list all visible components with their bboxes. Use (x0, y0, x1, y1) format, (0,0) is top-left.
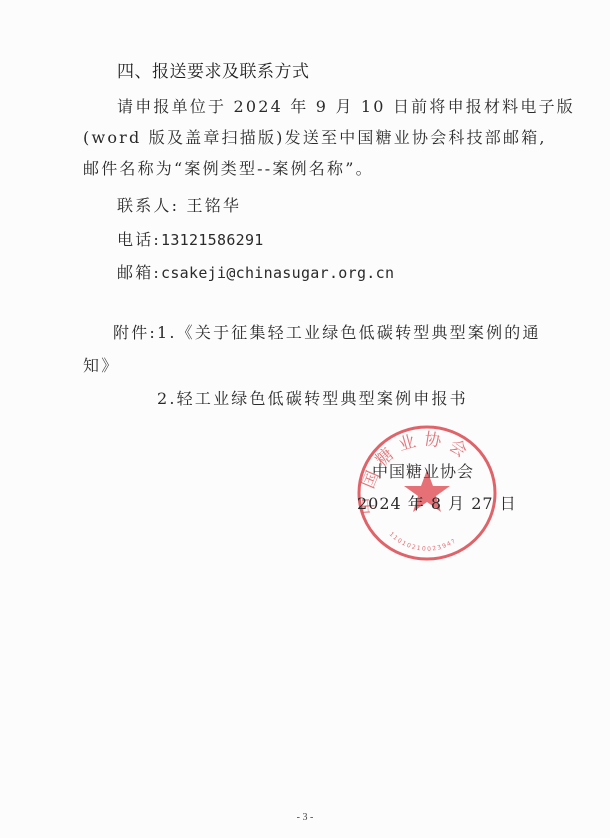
attachment-item-2: 2.轻工业绿色低碳转型典型案例申报书 (157, 389, 468, 409)
attachment-item-1-line-2: 知》 (83, 356, 119, 376)
contact-phone: 电话:13121586291 (117, 230, 264, 250)
attachment-item-1-line-1: 1.《关于征集轻工业绿色低碳转型典型案例的通 (157, 323, 541, 342)
attachments-label: 附件: (113, 323, 157, 342)
document-page: 四、报送要求及联系方式 请申报单位于 2024 年 9 月 10 日前将申报材料… (0, 0, 610, 838)
contact-phone-number: 13121586291 (161, 231, 264, 249)
page-number: - 3 - (0, 812, 610, 823)
attachment-item-1: 附件:1.《关于征集轻工业绿色低碳转型典型案例的通 (113, 323, 541, 343)
contact-person-label: 联系人: (117, 196, 179, 215)
signature-date: 2024 年 8 月 27 日 (357, 491, 517, 514)
paragraph-line-3: 邮件名称为“案例类型--案例名称”。 (83, 159, 374, 179)
contact-email-label: 邮箱: (117, 263, 161, 282)
paragraph-line-2: (word 版及盖章扫描版)发送至中国糖业协会科技部邮箱, (83, 128, 547, 148)
contact-email-address: csakeji@chinasugar.org.cn (161, 264, 394, 282)
contact-person: 联系人: 王铭华 (117, 196, 241, 216)
svg-text:1101021002394?: 1101021002394? (388, 531, 458, 553)
contact-email: 邮箱:csakeji@chinasugar.org.cn (117, 263, 394, 283)
contact-phone-label: 电话: (117, 230, 161, 249)
signature-organization: 中国糖业协会 (372, 459, 474, 482)
seal-serial-number: 1101021002394? (388, 531, 458, 553)
paragraph-line-1: 请申报单位于 2024 年 9 月 10 日前将申报材料电子版 (117, 97, 575, 117)
section-heading: 四、报送要求及联系方式 (117, 62, 310, 82)
contact-person-name: 王铭华 (187, 196, 242, 215)
